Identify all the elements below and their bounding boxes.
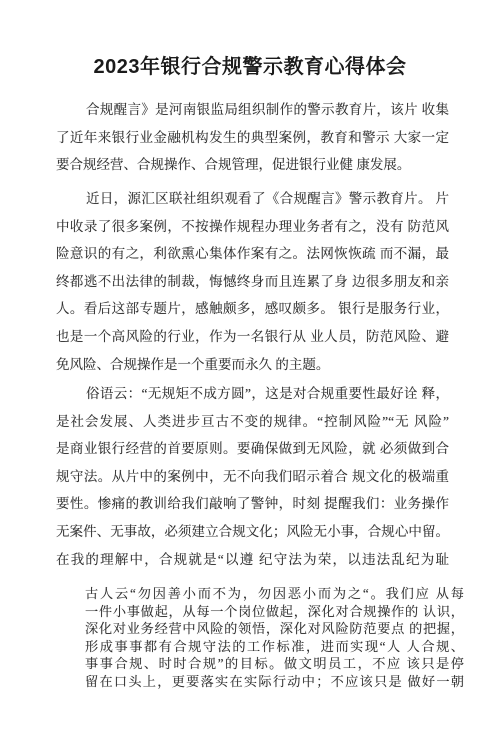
text-line: 深化对业务经营中风险的领悟，深化对风险防范要点 的把握，: [85, 620, 464, 638]
text-line: 近日，源汇区联社组织观看了《合规醒言》警示教育片。 片: [56, 185, 449, 213]
text-line: 险意识的有之，利欲熏心集体作案有之。法网恢恢疏 而不漏，最: [56, 240, 449, 268]
text-line: 留在口头上，更要落实在实际行动中；不应该只是 做好一朝: [85, 673, 464, 691]
text-line: 规守法。从片中的案例中，无不向我们昭示着合 规文化的极端重: [56, 463, 449, 491]
text-line: 古人云“勿因善小而不为，勿因恶小而为之“。我们应 从每: [85, 585, 464, 603]
text-line: 免风险、合规操作是一个重要而永久 的主题。: [56, 351, 449, 379]
text-line: 事事合规、时时合规”的目标。做文明员工，不应 该只是停: [85, 655, 464, 673]
text-line: 合规醒言》是河南银监局组织制作的警示教育片，该片 收集: [56, 96, 449, 124]
document-page: 2023年银行合规警示教育心得体会 合规醒言》是河南银监局组织制作的警示教育片，…: [0, 0, 500, 745]
text-line: 是商业银行经营的首要原则。要确保做到无风险，就 必须做到合: [56, 435, 449, 463]
text-line: 要合规经营、合规操作、合规管理，促进银行业健 康发展。: [56, 151, 449, 179]
paragraph-4: 古人云“勿因善小而不为，勿因恶小而为之“。我们应 从每一件小事做起，从每一个岗位…: [85, 585, 464, 691]
paragraph-3: 俗语云：“无规矩不成方圆”，这是对合规重要性最好诠 释，是社会发展、人类进步亘古…: [56, 380, 449, 573]
text-line: 了近年来银行业金融机构发生的典型案例，教育和警示 大家一定: [56, 124, 449, 152]
text-line: 形成事事都有合规守法的工作标准，进而实现“人 人合规、: [85, 638, 464, 656]
paragraph-1: 合规醒言》是河南银监局组织制作的警示教育片，该片 收集了近年来银行业金融机构发生…: [56, 96, 449, 179]
text-line: 俗语云：“无规矩不成方圆”，这是对合规重要性最好诠 释，: [56, 380, 449, 408]
text-line: 在我的理解中，合规就是“以遵 纪守法为荣，以违法乱纪为耻: [56, 546, 449, 574]
text-line: 一件小事做起，从每一个岗位做起，深化对合规操作的 认识，: [85, 603, 464, 621]
text-line: 要性。惨痛的教训给我们敲响了警钟，时刻 提醒我们：业务操作: [56, 490, 449, 518]
text-line: 是社会发展、人类进步亘古不变的规律。“控制风险”“无 风险”: [56, 408, 449, 436]
text-line: 中收录了很多案例，不按操作规程办理业务者有之，没有 防范风: [56, 213, 449, 241]
paragraph-2: 近日，源汇区联社组织观看了《合规醒言》警示教育片。 片中收录了很多案例，不按操作…: [56, 185, 449, 378]
text-line: 无案件、无事故，必须建立合规文化；风险无小事，合规心中留。: [56, 518, 449, 546]
document-title: 2023年银行合规警示教育心得体会: [0, 50, 500, 79]
text-line: 人。看后这部专题片，感触颇多，感叹颇多。 银行是服务行业，: [56, 295, 449, 323]
text-line: 也是一个高风险的行业，作为一名银行从 业人员，防范风险、避: [56, 323, 449, 351]
text-line: 终都逃不出法律的制裁，悔憾终身而且连累了身 边很多朋友和亲: [56, 268, 449, 296]
